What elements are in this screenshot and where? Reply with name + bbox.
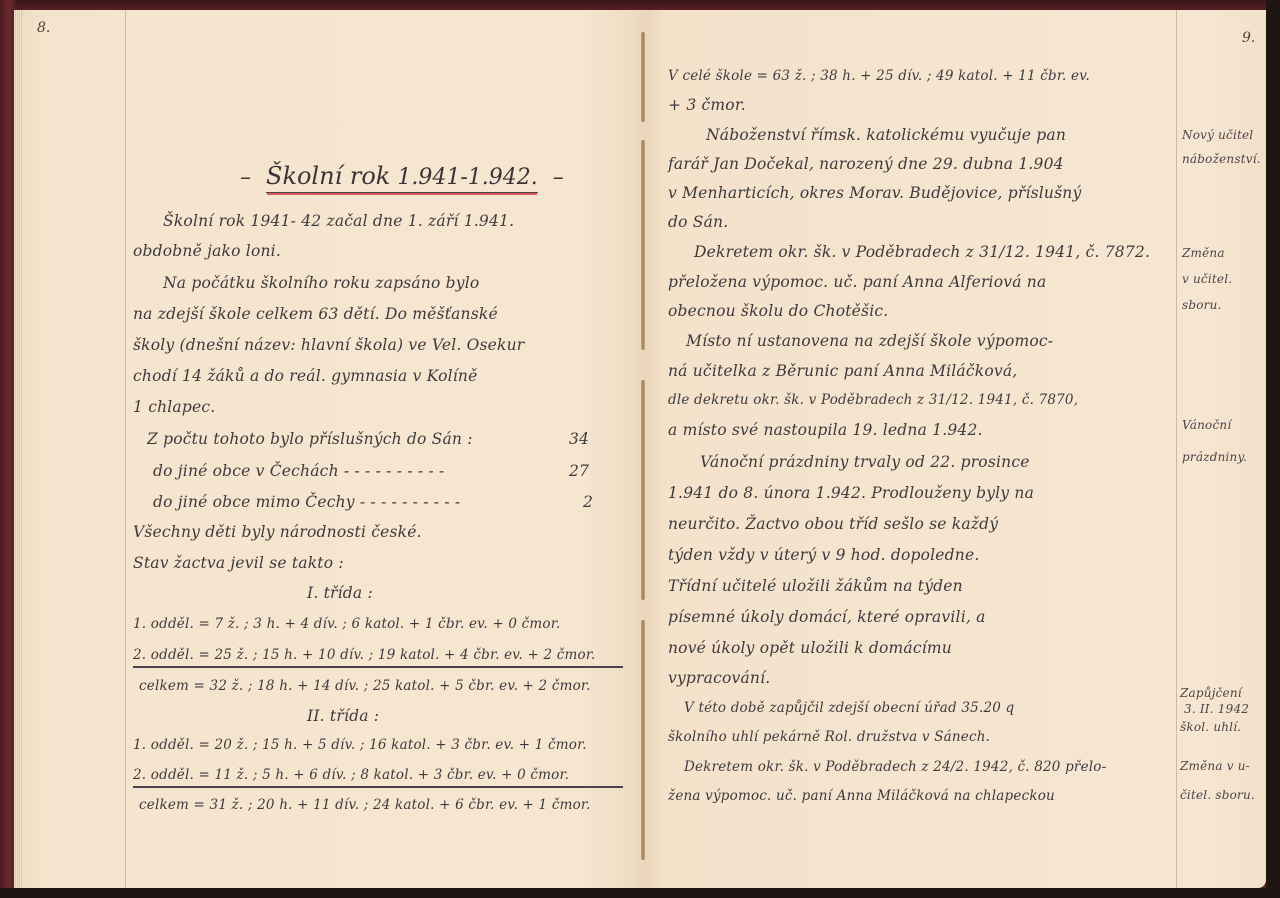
class-2-row-1: 1. odděl. = 20 ž. ; 15 h. + 5 dív. ; 16 … bbox=[133, 737, 587, 753]
class-2-row-2: 2. odděl. = 11 ž. ; 5 h. + 6 dív. ; 8 ka… bbox=[133, 767, 569, 783]
origin-label-2: do jiné obce v Čechách - - - - - - - - -… bbox=[153, 462, 444, 480]
margin-note-line: sboru. bbox=[1182, 298, 1222, 312]
body-line-12: dle dekretu okr. šk. v Poděbradech z 31/… bbox=[668, 392, 1078, 408]
body-line-7: Dekretem okr. šk. v Poděbradech z 31/12.… bbox=[694, 243, 1150, 261]
margin-note-line: prázdniny. bbox=[1182, 450, 1247, 464]
origin-label-1: Z počtu tohoto bylo příslušných do Sán : bbox=[147, 430, 473, 448]
class-1-row-2: 2. odděl. = 25 ž. ; 15 h. + 10 dív. ; 19… bbox=[133, 647, 596, 663]
body-line-1: V celé škole = 63 ž. ; 38 h. + 25 dív. ;… bbox=[668, 68, 1090, 84]
page-number-left: 8. bbox=[37, 20, 50, 36]
intro-line-1: Školní rok 1941- 42 začal dne 1. září 1.… bbox=[163, 212, 514, 230]
ledger-book: 8. – Školní rok 1.941-1.942. – Školní ro… bbox=[0, 0, 1280, 898]
enrollment-line-2: na zdejší škole celkem 63 dětí. Do měšťa… bbox=[133, 305, 498, 323]
status-intro-line: Stav žactva jevil se takto : bbox=[133, 554, 344, 572]
right-page: 9. V celé škole = 63 ž. ; 38 h. + 25 dív… bbox=[644, 10, 1266, 888]
margin-note-line: Změna bbox=[1182, 246, 1225, 260]
body-line-4: farář Jan Dočekal, narozený dne 29. dubn… bbox=[668, 155, 1064, 173]
margin-note-line: Nový učitel bbox=[1182, 128, 1253, 142]
body-line-11: ná učitelka z Běrunic paní Anna Miláčkov… bbox=[668, 362, 1017, 380]
body-line-6: do Sán. bbox=[668, 213, 728, 231]
margin-note-line: Zapůjčení bbox=[1180, 686, 1242, 700]
right-margin-rule bbox=[1176, 10, 1177, 888]
body-line-17: týden vždy v úterý v 9 hod. dopoledne. bbox=[668, 546, 980, 564]
class-2-total-rule bbox=[133, 786, 623, 788]
left-margin-rule bbox=[125, 10, 126, 888]
origin-label-3: do jiné obce mimo Čechy - - - - - - - - … bbox=[153, 493, 460, 511]
page-stack-edges bbox=[14, 10, 22, 888]
title-underlined: Školní rok 1.941-1.942. bbox=[266, 162, 538, 193]
origin-value-1: 34 bbox=[569, 430, 589, 448]
enrollment-line-3: školy (dnešní název: hlavní škola) ve Ve… bbox=[133, 336, 524, 354]
margin-note-line: Vánoční bbox=[1182, 418, 1231, 432]
margin-note-line: v učitel. bbox=[1182, 272, 1232, 286]
margin-note-line: škol. uhlí. bbox=[1180, 720, 1241, 734]
body-line-9: obecnou školu do Chotěšic. bbox=[668, 302, 888, 320]
book-cover-bottom bbox=[0, 888, 1280, 898]
title-dash-left: – bbox=[240, 165, 251, 190]
enrollment-line-4: chodí 14 žáků a do reál. gymnasia v Kolí… bbox=[133, 367, 477, 385]
body-line-23: školního uhlí pekárně Rol. družstva v Sá… bbox=[668, 729, 990, 745]
body-line-10: Místo ní ustanovena na zdejší škole výpo… bbox=[686, 332, 1053, 350]
class-1-total-rule bbox=[133, 666, 623, 668]
body-line-2: + 3 čmor. bbox=[668, 96, 746, 114]
title-years: 1.941-1.942. bbox=[397, 165, 537, 190]
book-cover-right-edge bbox=[1266, 0, 1280, 898]
class-2-total: celkem = 31 ž. ; 20 h. + 11 dív. ; 24 ka… bbox=[139, 797, 591, 813]
body-line-19: písemné úkoly domácí, které opravili, a bbox=[668, 608, 986, 626]
binding-stitch bbox=[641, 380, 645, 600]
book-binding bbox=[640, 20, 646, 880]
body-line-14: Vánoční prázdniny trvaly od 22. prosince bbox=[700, 453, 1030, 471]
title-word: Školní rok bbox=[266, 162, 390, 190]
body-line-22: V této době zapůjčil zdejší obecní úřad … bbox=[684, 700, 1014, 716]
body-line-13: a místo své nastoupila 19. ledna 1.942. bbox=[668, 421, 983, 439]
body-line-21: vypracování. bbox=[668, 669, 770, 687]
binding-stitch bbox=[641, 32, 645, 122]
page-title: – Školní rok 1.941-1.942. – bbox=[232, 162, 572, 193]
margin-note-line: 3. II. 1942 bbox=[1184, 702, 1249, 716]
origin-value-2: 27 bbox=[569, 462, 589, 480]
origin-value-3: 2 bbox=[583, 493, 593, 511]
class-2-heading: II. třída : bbox=[307, 707, 379, 725]
nationality-line: Všechny děti byly národnosti české. bbox=[133, 523, 422, 541]
enrollment-line-1: Na počátku školního roku zapsáno bylo bbox=[163, 274, 479, 292]
class-1-row-1: 1. odděl. = 7 ž. ; 3 h. + 4 dív. ; 6 kat… bbox=[133, 616, 560, 632]
body-line-3: Náboženství římsk. katolickému vyučuje p… bbox=[706, 126, 1066, 144]
body-line-8: přeložena výpomoc. uč. paní Anna Alferio… bbox=[668, 273, 1046, 291]
intro-line-2: obdobně jako loni. bbox=[133, 242, 281, 260]
body-line-16: neurčito. Žactvo obou tříd sešlo se každ… bbox=[668, 515, 998, 533]
margin-note-line: Změna v u- bbox=[1180, 759, 1250, 773]
body-line-20: nové úkoly opět uložili k domácímu bbox=[668, 639, 952, 657]
margin-note-line: čitel. sboru. bbox=[1180, 788, 1255, 802]
body-line-24: Dekretem okr. šk. v Poděbradech z 24/2. … bbox=[684, 759, 1106, 775]
body-line-5: v Menharticích, okres Morav. Budějovice,… bbox=[668, 184, 1081, 202]
body-line-18: Třídní učitelé uložili žákům na týden bbox=[668, 577, 963, 595]
binding-stitch bbox=[641, 620, 645, 860]
class-1-total: celkem = 32 ž. ; 18 h. + 14 dív. ; 25 ka… bbox=[139, 678, 591, 694]
binding-stitch bbox=[641, 140, 645, 350]
body-line-25: žena výpomoc. uč. paní Anna Miláčková na… bbox=[668, 788, 1055, 804]
left-page: 8. – Školní rok 1.941-1.942. – Školní ro… bbox=[14, 10, 644, 888]
margin-note-line: náboženství. bbox=[1182, 152, 1261, 166]
body-line-15: 1.941 do 8. února 1.942. Prodlouženy byl… bbox=[668, 484, 1034, 502]
title-dash-right: – bbox=[553, 165, 564, 190]
enrollment-line-5: 1 chlapec. bbox=[133, 398, 215, 416]
class-1-heading: I. třída : bbox=[307, 584, 373, 602]
page-number-right: 9. bbox=[1242, 30, 1255, 46]
